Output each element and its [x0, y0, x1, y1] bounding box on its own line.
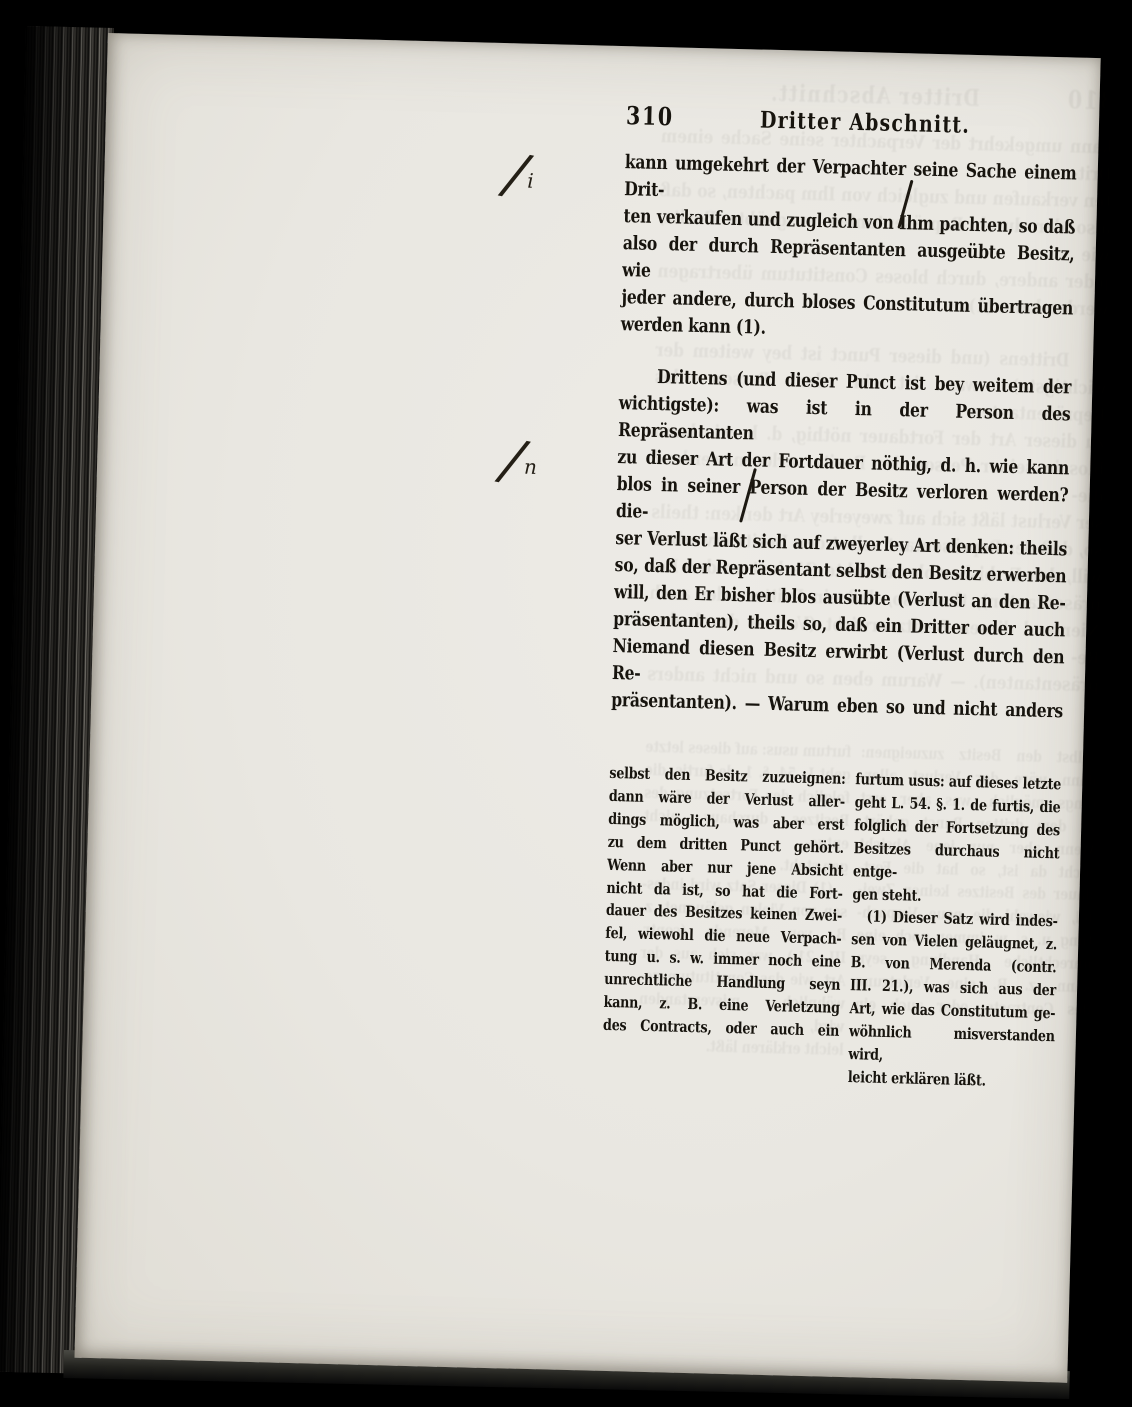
page-number: 310: [1066, 85, 1114, 115]
pen-slash: /: [498, 432, 528, 491]
handwritten-margin-mark-i: /i: [506, 147, 535, 204]
footnotes: selbst den Besitz zuzueignen:dann wäre d…: [602, 762, 1062, 1094]
pen-slash: /: [501, 146, 531, 205]
book-page: 310 Dritter Abschnitt. kann umgekehrt de…: [74, 33, 1100, 1383]
footnote-column-left: selbst den Besitz zuzueignen:dann wäre d…: [602, 762, 846, 1089]
body-paragraph-2: Drittens (und dieser Punct ist bey weite…: [611, 363, 1072, 725]
text-line: des Contracts, oder auch ein: [603, 1014, 840, 1043]
running-header: Dritter Abschnitt.: [673, 104, 1078, 141]
page-content: 310 Dritter Abschnitt. kann umgekehrt de…: [602, 101, 1079, 1094]
text-line: Besitzes durchaus nicht entge-: [853, 837, 1060, 888]
page-number: 310: [626, 101, 674, 131]
text-line: wöhnlich misverstanden wird,: [848, 1020, 1055, 1071]
page-header: 310 Dritter Abschnitt.: [626, 101, 1079, 146]
text-line: leicht erklären läßt.: [848, 1066, 1054, 1094]
pen-letter: i: [527, 169, 534, 193]
footnote-column-right: furtum usus: auf dieses letztegeht L. 54…: [848, 768, 1062, 1094]
pen-letter: n: [524, 455, 537, 479]
handwritten-margin-mark-n: /n: [503, 433, 538, 490]
body-paragraph-1: kann umgekehrt der Verpachter seine Sach…: [620, 149, 1076, 349]
